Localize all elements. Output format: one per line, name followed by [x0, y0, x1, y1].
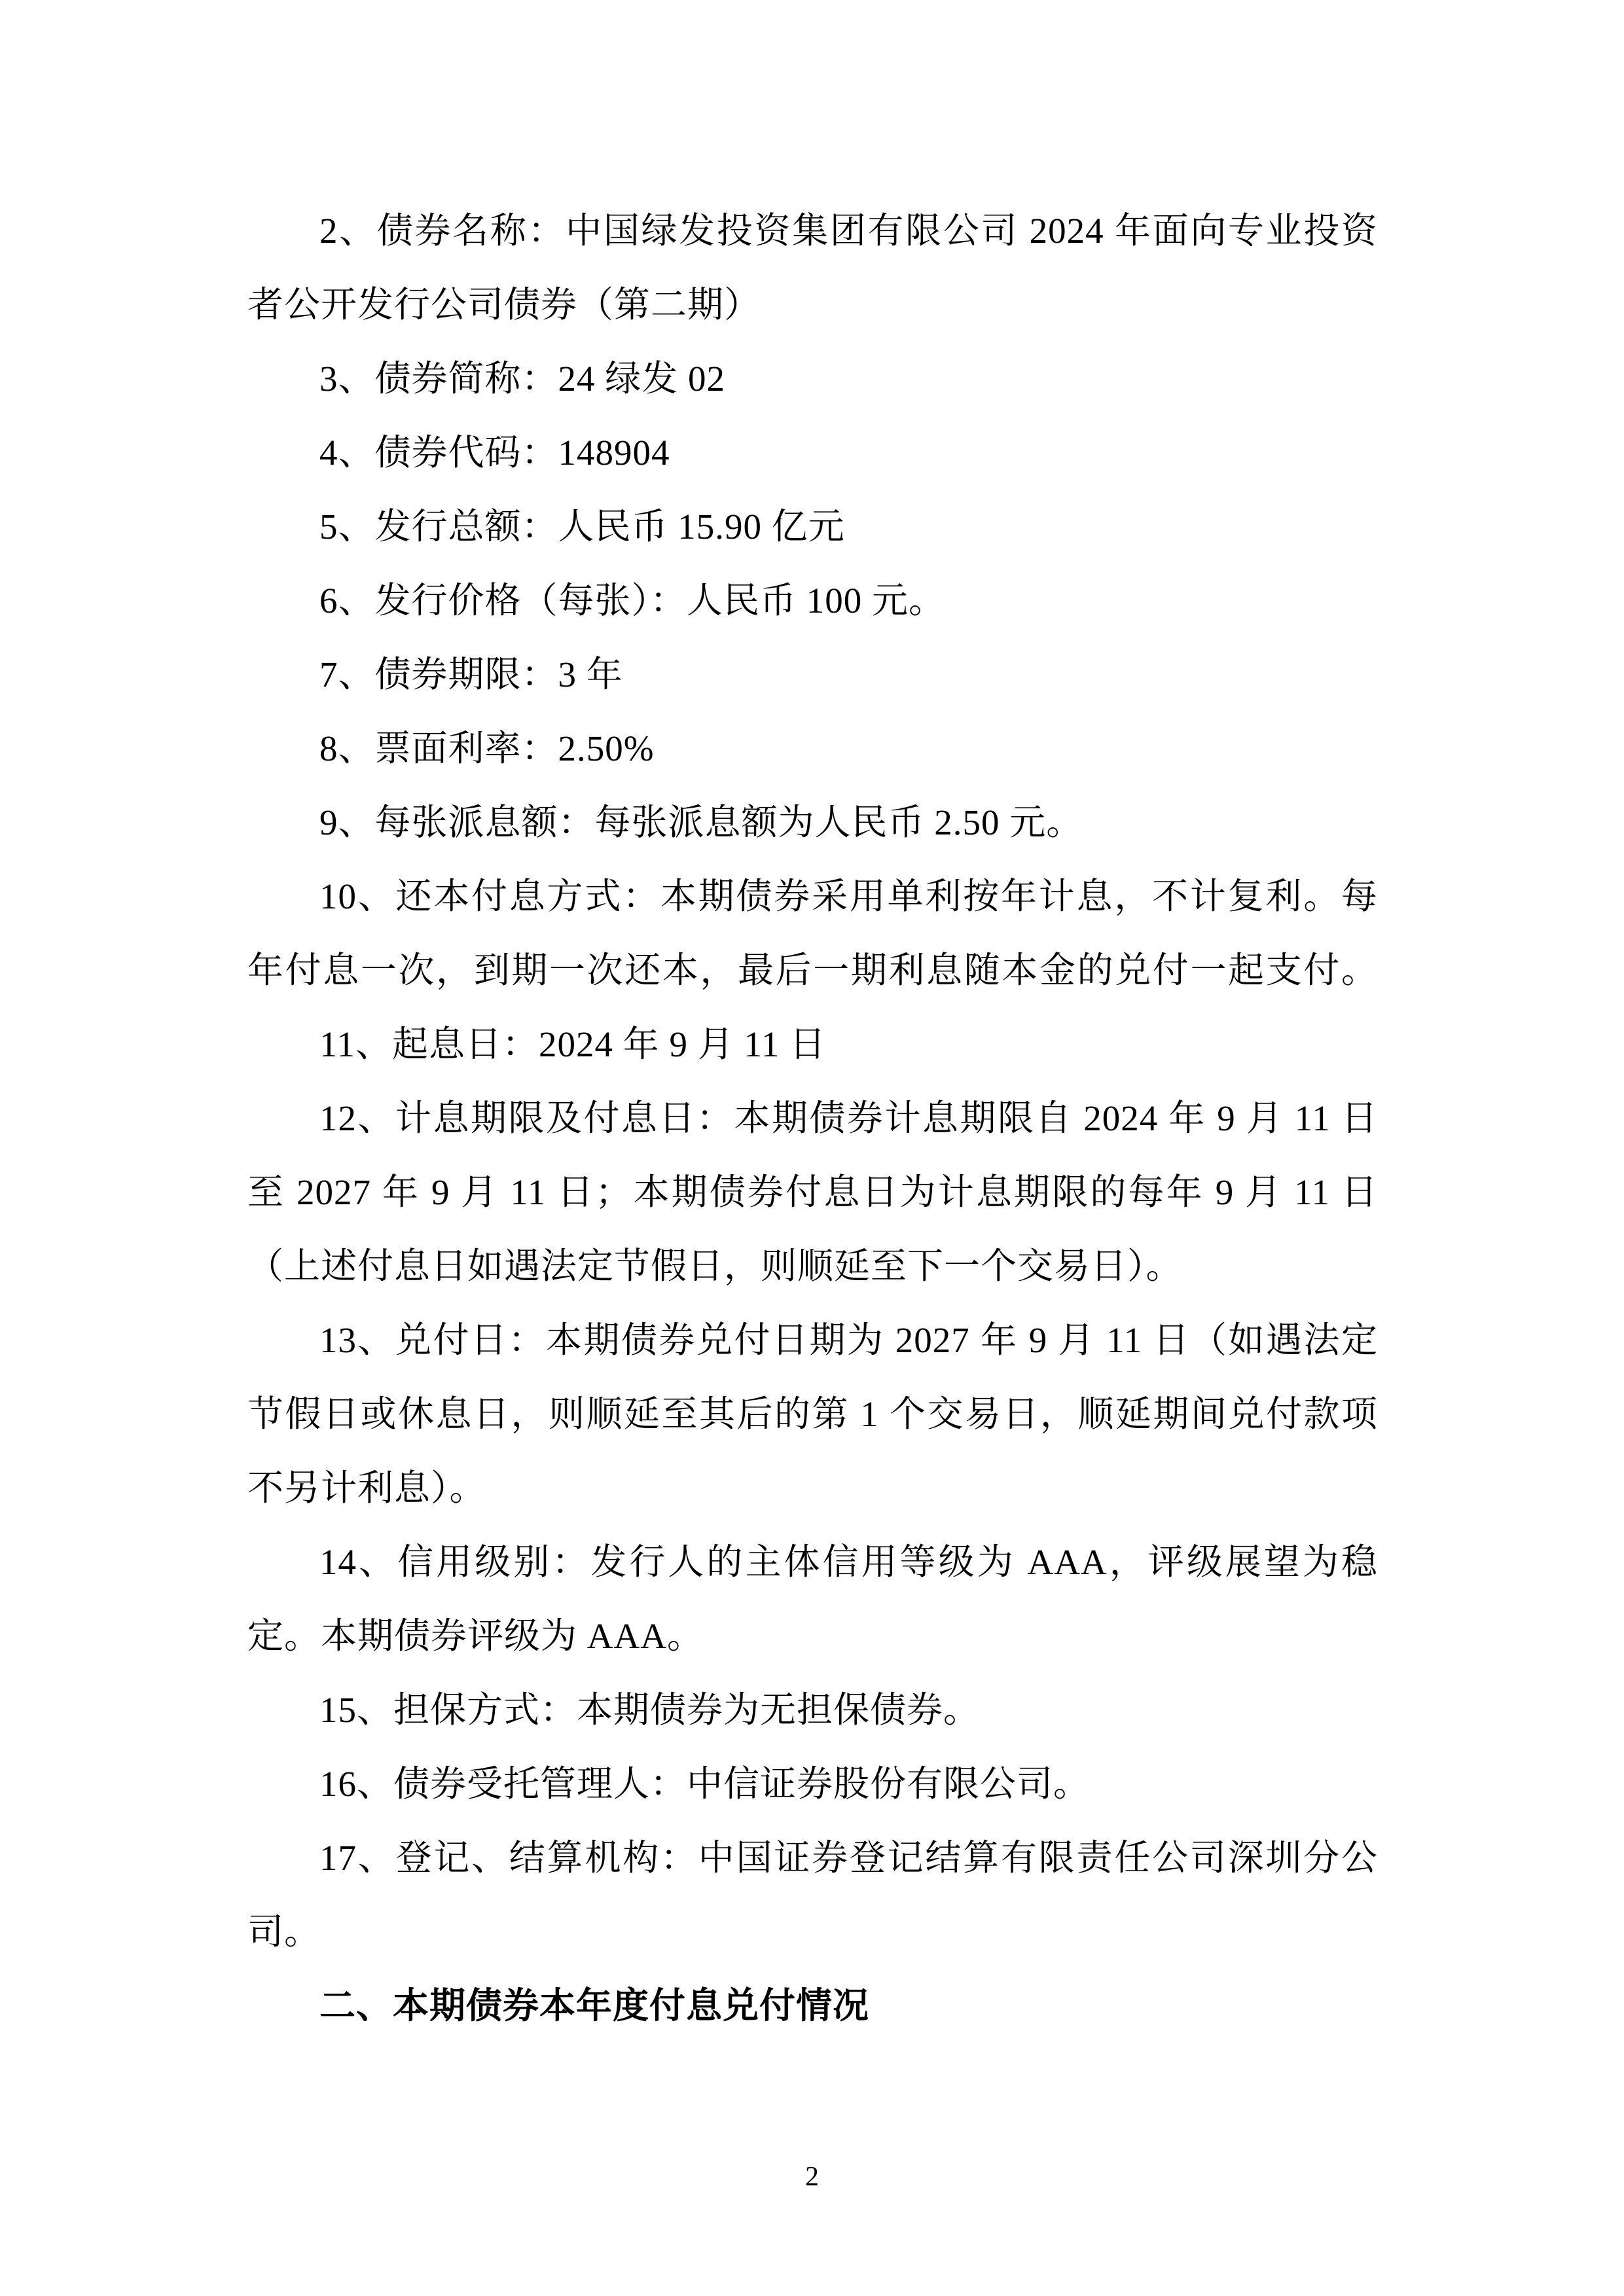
- document-line: 2、债券名称：中国绿发投资集团有限公司 2024 年面向专业投资: [247, 194, 1378, 268]
- document-line: 12、计息期限及付息日：本期债券计息期限自 2024 年 9 月 11 日: [247, 1081, 1378, 1155]
- document-line: 9、每张派息额：每张派息额为人民币 2.50 元。: [247, 785, 1378, 859]
- document-line: 至 2027 年 9 月 11 日；本期债券付息日为计息期限的每年 9 月 11…: [247, 1155, 1378, 1229]
- document-line: 4、债券代码：148904: [247, 416, 1378, 490]
- document-line: 3、债券简称：24 绿发 02: [247, 342, 1378, 416]
- document-line: 13、兑付日：本期债券兑付日期为 2027 年 9 月 11 日（如遇法定: [247, 1303, 1378, 1377]
- document-line: 5、发行总额：人民币 15.90 亿元: [247, 490, 1378, 564]
- document-line: 14、信用级别：发行人的主体信用等级为 AAA，评级展望为稳: [247, 1525, 1378, 1599]
- document-line: 定。本期债券评级为 AAA。: [247, 1599, 1378, 1673]
- document-line: 15、担保方式：本期债券为无担保债券。: [247, 1673, 1378, 1747]
- document-line: 17、登记、结算机构：中国证券登记结算有限责任公司深圳分公: [247, 1821, 1378, 1895]
- document-line: 7、债券期限：3 年: [247, 637, 1378, 711]
- document-line: 者公开发行公司债券（第二期）: [247, 268, 1378, 342]
- document-line: 不另计利息）。: [247, 1451, 1378, 1525]
- document-line: 8、票面利率：2.50%: [247, 711, 1378, 785]
- document-line: 年付息一次，到期一次还本，最后一期利息随本金的兑付一起支付。: [247, 933, 1378, 1007]
- document-page: 2、债券名称：中国绿发投资集团有限公司 2024 年面向专业投资者公开发行公司债…: [0, 0, 1624, 2296]
- page-number-footer: 2: [0, 2157, 1624, 2197]
- document-line: 司。: [247, 1895, 1378, 1969]
- document-body: 2、债券名称：中国绿发投资集团有限公司 2024 年面向专业投资者公开发行公司债…: [247, 194, 1378, 2043]
- document-line: 10、还本付息方式：本期债券采用单利按年计息，不计复利。每: [247, 859, 1378, 933]
- document-line: 11、起息日：2024 年 9 月 11 日: [247, 1007, 1378, 1081]
- document-line: 6、发行价格（每张）：人民币 100 元。: [247, 564, 1378, 637]
- document-line: 16、债券受托管理人：中信证券股份有限公司。: [247, 1747, 1378, 1821]
- document-line: 二、本期债券本年度付息兑付情况: [247, 1969, 1378, 2043]
- document-line: （上述付息日如遇法定节假日，则顺延至下一个交易日）。: [247, 1229, 1378, 1303]
- document-line: 节假日或休息日，则顺延至其后的第 1 个交易日，顺延期间兑付款项: [247, 1377, 1378, 1451]
